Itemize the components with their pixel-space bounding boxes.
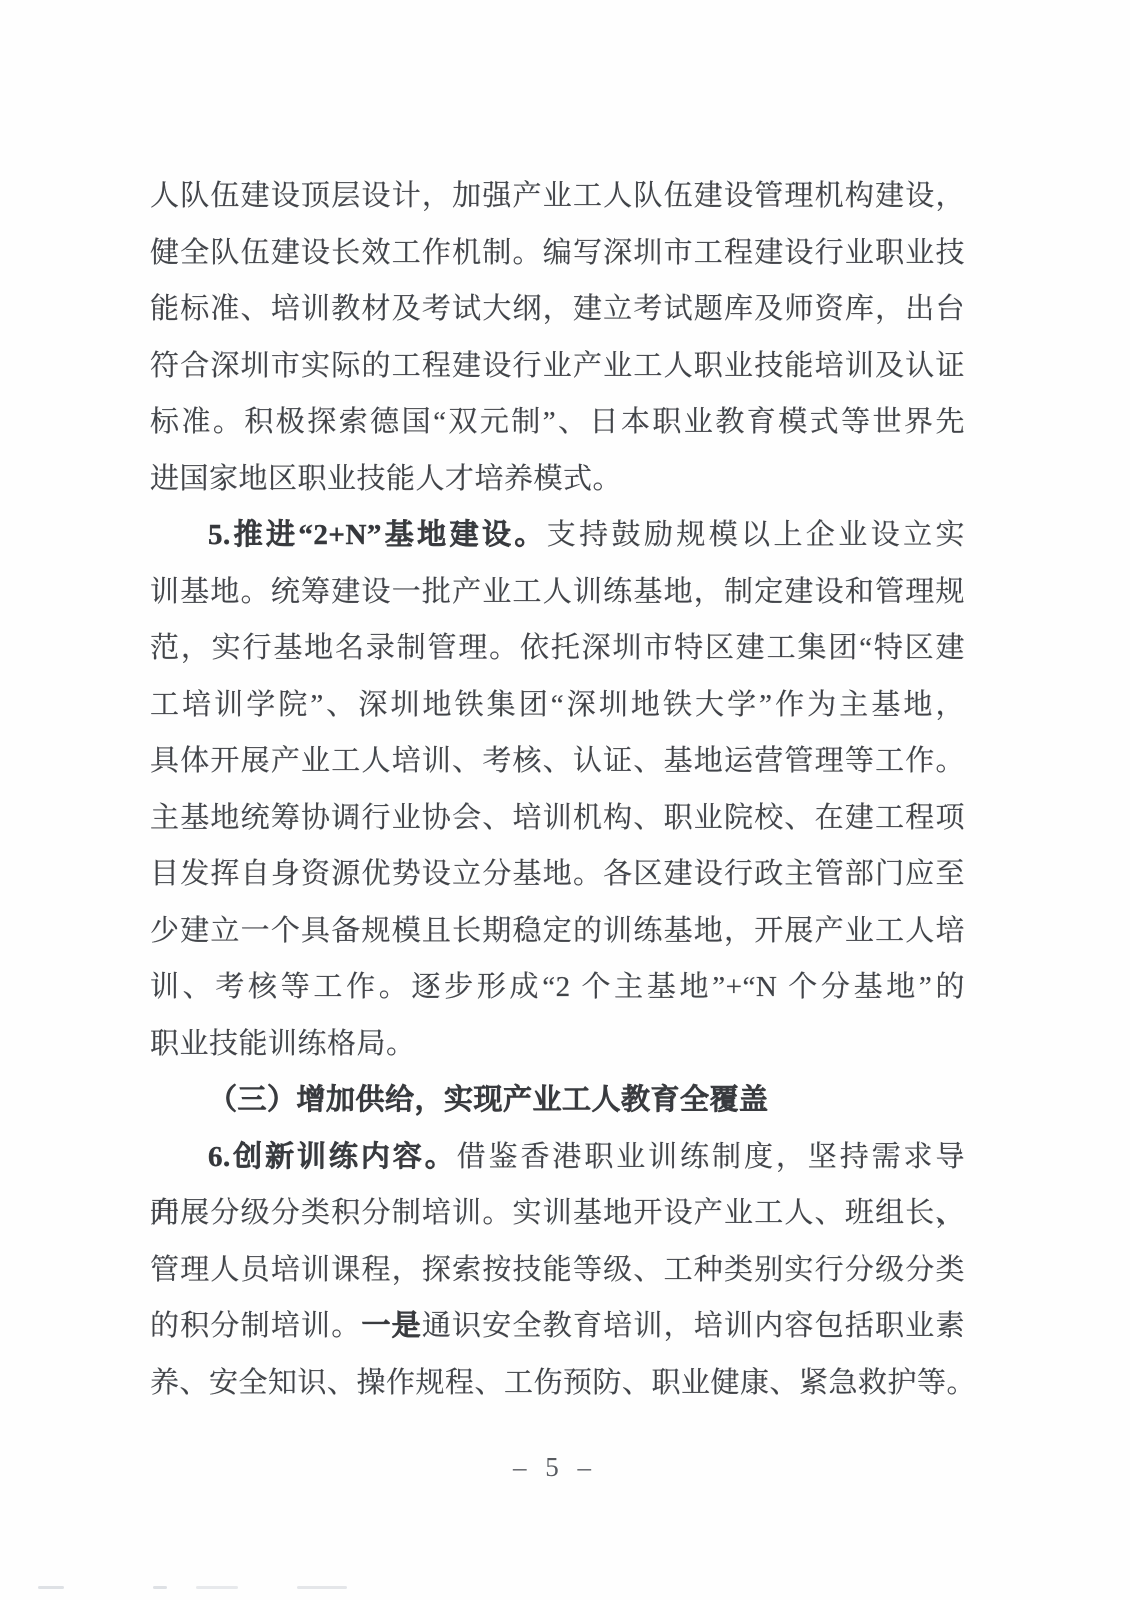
scan-artifact — [297, 1586, 347, 1589]
text-run: 人队伍建设顶层设计，加强产业工人队伍建设管理机构建设， — [150, 180, 965, 212]
text-run: 符合深圳市实际的工程建设行业产业工人职业技能培训及认证 — [150, 350, 965, 382]
text-run: 少建立一个具备规模且长期稳定的训练基地，开展产业工人培 — [150, 915, 965, 947]
text-line: 6.创新训练内容。借鉴香港职业训练制度，坚持需求导向， — [150, 1129, 965, 1186]
text-run: 训基地。统筹建设一批产业工人训练基地，制定建设和管理规 — [150, 576, 965, 608]
text-line: 能标准、培训教材及考试大纲，建立考试题库及师资库，出台 — [150, 281, 965, 338]
text-line: 训、考核等工作。逐步形成“2 个主基地”+“N 个分基地”的 — [150, 959, 965, 1016]
text-run: 进国家地区职业技能人才培养模式。 — [150, 463, 622, 495]
scan-artifact — [38, 1586, 64, 1589]
text-line: 的积分制培训。一是通识安全教育培训，培训内容包括职业素 — [150, 1298, 965, 1355]
scan-artifact — [153, 1586, 167, 1589]
text-line: 少建立一个具备规模且长期稳定的训练基地，开展产业工人培 — [150, 903, 965, 960]
text-line: 标准。积极探索德国“双元制”、日本职业教育模式等世界先 — [150, 394, 965, 451]
text-line: 具体开展产业工人培训、考核、认证、基地运营管理等工作。 — [150, 733, 965, 790]
scan-artifact — [196, 1586, 238, 1589]
text-run: 目发挥自身资源优势设立分基地。各区建设行政主管部门应至 — [150, 858, 965, 890]
text-line: 主基地统筹协调行业协会、培训机构、职业院校、在建工程项 — [150, 790, 965, 847]
text-run: 标准。积极探索德国“双元制”、日本职业教育模式等世界先 — [150, 406, 965, 438]
text-run: 训、考核等工作。逐步形成“2 个主基地”+“N 个分基地”的 — [150, 971, 965, 1003]
page-body: 人队伍建设顶层设计，加强产业工人队伍建设管理机构建设，健全队伍建设长效工作机制。… — [150, 168, 965, 1411]
text-run: 管理人员培训课程，探索按技能等级、工种类别实行分级分类 — [150, 1254, 965, 1286]
document-page: 人队伍建设顶层设计，加强产业工人队伍建设管理机构建设，健全队伍建设长效工作机制。… — [0, 0, 1130, 1600]
text-line: 养、安全知识、操作规程、工伤预防、职业健康、紧急救护等。 — [150, 1355, 965, 1412]
text-run: 能标准、培训教材及考试大纲，建立考试题库及师资库，出台 — [150, 293, 965, 325]
text-run: 开展分级分类积分制培训。实训基地开设产业工人、班组长、 — [150, 1197, 965, 1229]
text-line: 健全队伍建设长效工作机制。编写深圳市工程建设行业职业技 — [150, 225, 965, 282]
text-run: 职业技能训练格局。 — [150, 1028, 416, 1060]
text-line: 管理人员培训课程，探索按技能等级、工种类别实行分级分类 — [150, 1242, 965, 1299]
bold-text-run: （三）增加供给，实现产业工人教育全覆盖 — [208, 1084, 769, 1116]
text-line: 5.推进“2+N”基地建设。支持鼓励规模以上企业设立实 — [150, 507, 965, 564]
text-line: 进国家地区职业技能人才培养模式。 — [150, 451, 965, 508]
text-line: 工培训学院”、深圳地铁集团“深圳地铁大学”作为主基地， — [150, 677, 965, 734]
page-number: – 5 – — [0, 1452, 1110, 1483]
text-line: （三）增加供给，实现产业工人教育全覆盖 — [150, 1072, 965, 1129]
text-line: 符合深圳市实际的工程建设行业产业工人职业技能培训及认证 — [150, 338, 965, 395]
bold-text-run: 一是 — [361, 1310, 421, 1342]
text-run: 通识安全教育培训，培训内容包括职业素 — [422, 1310, 965, 1342]
text-line: 目发挥自身资源优势设立分基地。各区建设行政主管部门应至 — [150, 846, 965, 903]
text-run: 主基地统筹协调行业协会、培训机构、职业院校、在建工程项 — [150, 802, 965, 834]
text-run: 养、安全知识、操作规程、工伤预防、职业健康、紧急救护等。 — [150, 1367, 976, 1399]
bold-text-run: 6.创新训练内容。 — [208, 1141, 457, 1173]
text-run: 健全队伍建设长效工作机制。编写深圳市工程建设行业职业技 — [150, 237, 965, 269]
text-run: 具体开展产业工人培训、考核、认证、基地运营管理等工作。 — [150, 745, 965, 777]
text-line: 范，实行基地名录制管理。依托深圳市特区建工集团“特区建 — [150, 620, 965, 677]
scan-artifact-strip — [0, 1584, 1130, 1590]
text-line: 人队伍建设顶层设计，加强产业工人队伍建设管理机构建设， — [150, 168, 965, 225]
text-run: 支持鼓励规模以上企业设立实 — [547, 519, 965, 551]
bold-text-run: 5.推进“2+N”基地建设。 — [208, 519, 547, 551]
text-line: 训基地。统筹建设一批产业工人训练基地，制定建设和管理规 — [150, 564, 965, 621]
text-run: 的积分制培训。 — [150, 1310, 361, 1342]
text-line: 职业技能训练格局。 — [150, 1016, 965, 1073]
text-run: 范，实行基地名录制管理。依托深圳市特区建工集团“特区建 — [150, 632, 965, 664]
text-line: 开展分级分类积分制培训。实训基地开设产业工人、班组长、 — [150, 1185, 965, 1242]
text-run: 工培训学院”、深圳地铁集团“深圳地铁大学”作为主基地， — [150, 689, 965, 721]
